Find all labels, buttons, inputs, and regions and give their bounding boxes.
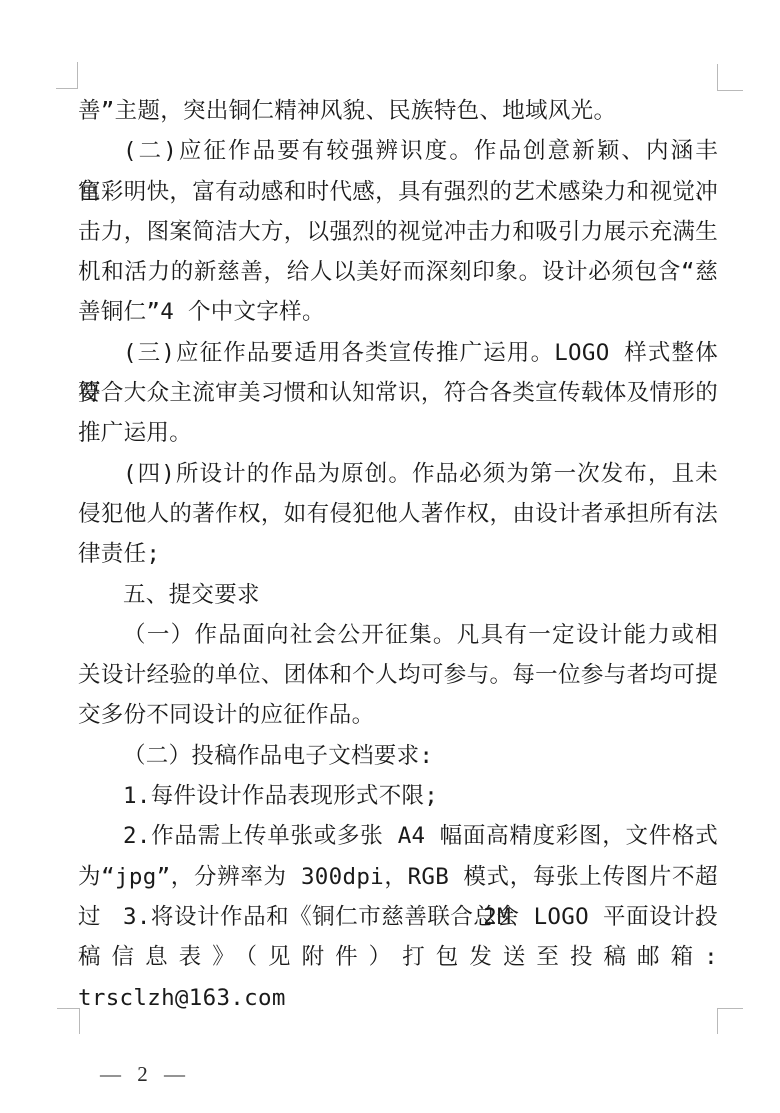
crop-mark-top-left xyxy=(56,62,78,89)
text-line-13: 五、提交要求 xyxy=(78,575,718,615)
crop-mark-bottom-right xyxy=(717,1008,743,1034)
text-line-5: 机和活力的新慈善，给人以美好而深刻印象。设计必须包含“慈 xyxy=(78,252,718,292)
text-line-1: 善”主题，突出铜仁精神风貌、民族特色、地域风光。 xyxy=(78,91,718,131)
text-line-12: 律责任; xyxy=(78,534,718,574)
crop-mark-bottom-left xyxy=(57,1008,80,1034)
text-line-7: (三)应征作品要适用各类宣传推广运用。LOGO 样式整体要 xyxy=(78,333,718,373)
text-line-15: 关设计经验的单位、团体和个人均可参与。每一位参与者均可提 xyxy=(78,655,718,695)
text-line-8: 符合大众主流审美习惯和认知常识，符合各类宣传载体及情形的 xyxy=(78,373,718,413)
document-page: 善”主题，突出铜仁精神风貌、民族特色、地域风光。(二)应征作品要有较强辨识度。作… xyxy=(0,0,780,1113)
text-line-18: 1.每件设计作品表现形式不限; xyxy=(78,776,718,816)
text-line-19: 2.作品需上传单张或多张 A4 幅面高精度彩图，文件格式 xyxy=(78,816,718,856)
document-body: 善”主题，突出铜仁精神风貌、民族特色、地域风光。(二)应征作品要有较强辨识度。作… xyxy=(78,91,718,978)
text-line-6: 善铜仁”4 个中文字样。 xyxy=(78,292,718,332)
text-line-2: (二)应征作品要有较强辨识度。作品创意新颖、内涵丰富、 xyxy=(78,131,718,171)
text-line-10: (四)所设计的作品为原创。作品必须为第一次发布，且未 xyxy=(78,454,718,494)
text-line-4: 击力，图案简洁大方，以强烈的视觉冲击力和吸引力展示充满生 xyxy=(78,212,718,252)
text-line-22: 稿信息表》（见附件）打包发送至投稿邮箱: trsclzh@163.com xyxy=(78,937,718,977)
text-line-17: （二）投稿作品电子文档要求: xyxy=(78,736,718,776)
text-line-11: 侵犯他人的著作权，如有侵犯他人著作权，由设计者承担所有法 xyxy=(78,494,718,534)
text-line-9: 推广运用。 xyxy=(78,413,718,453)
page-number: — 2 — xyxy=(100,1062,186,1087)
text-line-14: （一）作品面向社会公开征集。凡具有一定设计能力或相 xyxy=(78,615,718,655)
text-line-21: 3.将设计作品和《铜仁市慈善联合总会 LOGO 平面设计投 xyxy=(78,897,718,937)
text-line-20: 为“jpg”，分辨率为 300dpi，RGB 模式，每张上传图片不超过 2M。 xyxy=(78,857,718,897)
text-line-16: 交多份不同设计的应征作品。 xyxy=(78,695,718,735)
crop-mark-top-right xyxy=(717,64,743,91)
text-line-3: 色彩明快，富有动感和时代感，具有强烈的艺术感染力和视觉冲 xyxy=(78,172,718,212)
